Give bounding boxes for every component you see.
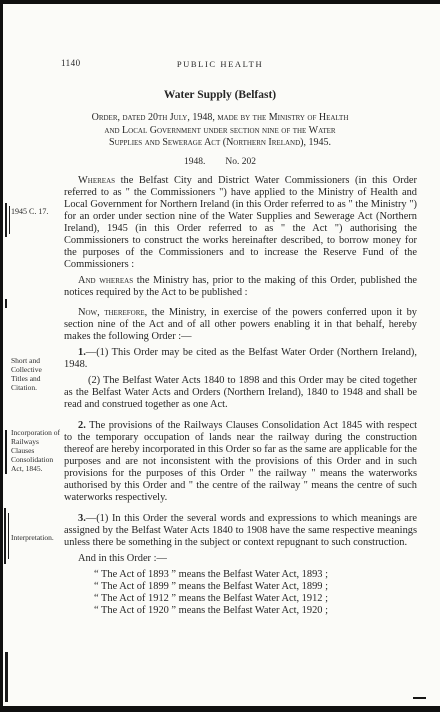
section-number: 1. xyxy=(78,347,86,358)
section-text: The provisions of the Railways Clauses C… xyxy=(64,420,417,503)
subsection-number: (2) xyxy=(88,375,100,386)
section-1-paragraph-2: (2) The Belfast Water Acts 1840 to 1898 … xyxy=(64,375,417,411)
section-text: The Belfast Water Acts 1840 to 1898 and … xyxy=(64,375,417,410)
scan-mark xyxy=(5,430,7,474)
running-title: PUBLIC HEALTH xyxy=(0,59,440,69)
section-2-paragraph-1: 2. The provisions of the Railways Clause… xyxy=(64,420,417,504)
order-number: 1948.No. 202 xyxy=(0,157,440,167)
preamble-lead: Now, therefore xyxy=(78,307,145,318)
definition-item: “ The Act of 1920 ” means the Belfast Wa… xyxy=(94,605,417,617)
section-1-paragraph-1: 1.—(1) This Order may be cited as the Be… xyxy=(64,347,417,371)
scan-mark xyxy=(5,203,7,237)
section-number: 2. xyxy=(78,420,86,431)
scan-mark xyxy=(5,299,7,308)
order-heading: Order, dated 20th July, 1948, made by th… xyxy=(50,112,390,150)
preamble-whereas: Whereas the Belfast City and District Wa… xyxy=(64,175,417,271)
scanned-document-page: 1140 PUBLIC HEALTH Water Supply (Belfast… xyxy=(0,0,440,712)
scan-mark xyxy=(9,206,10,234)
preamble-lead: Whereas xyxy=(78,175,115,186)
scan-mark xyxy=(4,508,6,564)
margin-note-act-reference: 1945 C. 17. xyxy=(11,207,60,216)
preamble-and-whereas: And whereas the Ministry has, prior to t… xyxy=(64,275,417,299)
definition-item: “ The Act of 1899 ” means the Belfast Wa… xyxy=(94,581,417,593)
preamble-now-therefore: Now, therefore, the Ministry, in exercis… xyxy=(64,307,417,343)
section-text: This Order may be cited as the Belfast W… xyxy=(64,347,417,370)
order-heading-line: Supplies and Sewerage Act (Northern Irel… xyxy=(50,137,390,150)
document-title: Water Supply (Belfast) xyxy=(0,89,440,101)
order-no: No. 202 xyxy=(225,157,256,167)
scan-mark xyxy=(8,513,9,559)
scan-edge-left xyxy=(0,0,3,712)
margin-note-section-1: Short and Collective Titles and Citation… xyxy=(11,356,60,392)
definition-item: “ The Act of 1893 ” means the Belfast Wa… xyxy=(94,569,417,581)
order-year: 1948. xyxy=(184,157,205,167)
section-3-intro: And in this Order :— xyxy=(64,553,417,565)
section-text: In this Order the several words and expr… xyxy=(64,513,417,548)
definitions-list: “ The Act of 1893 ” means the Belfast Wa… xyxy=(64,569,417,617)
body-text-column: Whereas the Belfast City and District Wa… xyxy=(64,175,417,617)
preamble-text: the Belfast City and District Water Comm… xyxy=(64,175,417,270)
scan-edge-top xyxy=(0,0,440,4)
order-heading-line: and Local Government under section nine … xyxy=(50,125,390,138)
order-heading-line: Order, dated 20th July, 1948, made by th… xyxy=(50,112,390,125)
margin-note-section-2: Incorporation of Railways Clauses Consol… xyxy=(11,428,60,473)
scan-mark xyxy=(5,652,8,702)
subsection-number: —(1) xyxy=(86,513,109,524)
margin-note-section-3: Interpretation. xyxy=(11,533,60,542)
section-number: 3. xyxy=(78,513,86,524)
scan-edge-bottom xyxy=(0,706,440,712)
subsection-number: —(1) xyxy=(86,347,109,358)
running-head: 1140 PUBLIC HEALTH xyxy=(0,58,440,70)
definition-item: “ The Act of 1912 ” means the Belfast Wa… xyxy=(94,593,417,605)
preamble-lead: And whereas xyxy=(78,275,133,286)
section-3-paragraph-1: 3.—(1) In this Order the several words a… xyxy=(64,513,417,549)
scan-mark xyxy=(413,697,426,699)
